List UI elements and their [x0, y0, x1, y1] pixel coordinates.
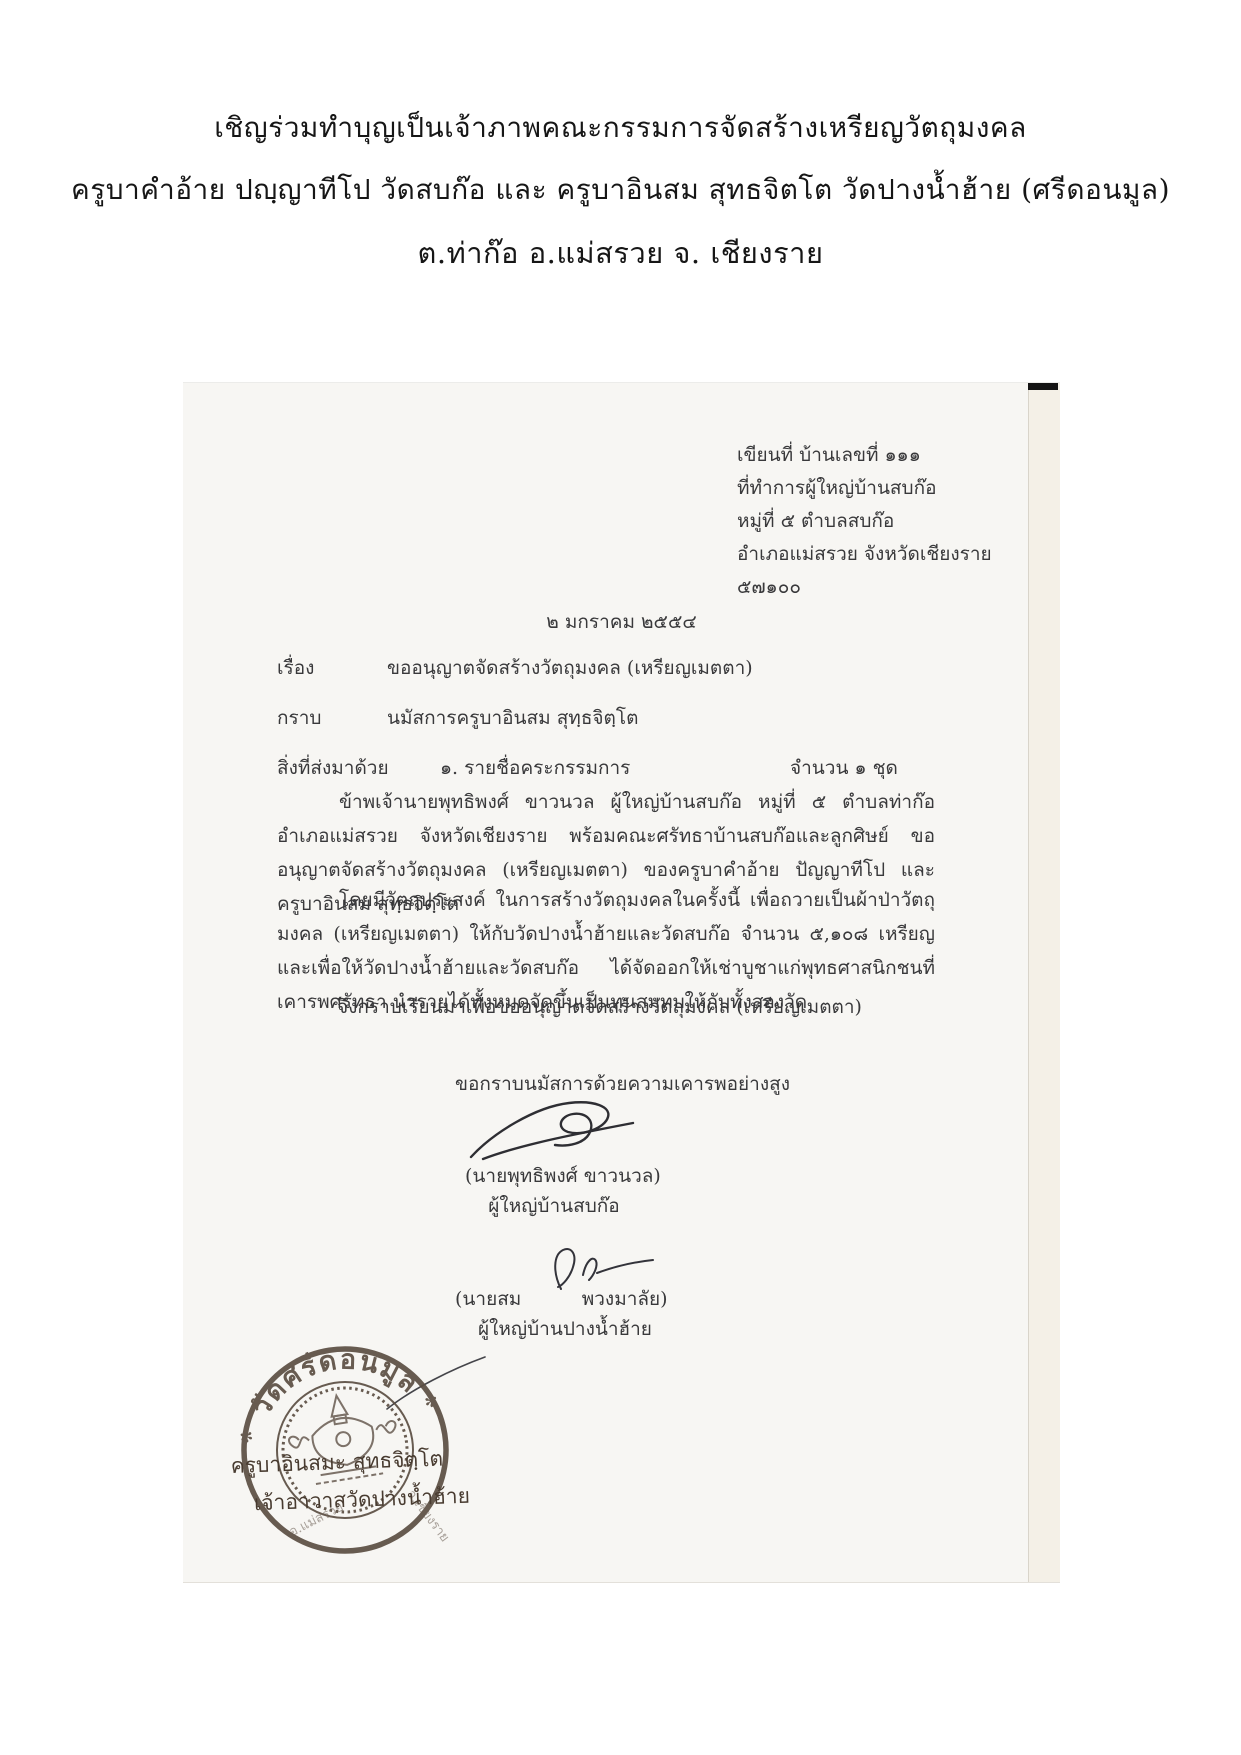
- scan-corner-mark: [1028, 383, 1058, 390]
- sender-address-block: เขียนที่ บ้านเลขที่ ๑๑๑ ที่ทำการผู้ใหญ่บ…: [737, 439, 992, 604]
- temple-seal-stamp: วัดศรีดอนมูล ✻ ✻ อ.แม่สรวย จ.เชียงราย คร…: [227, 1331, 493, 1575]
- subject-text: ขออนุญาตจัดสร้างวัตถุมงคล (เหรียญเมตตา): [387, 653, 753, 683]
- address-line: ที่ทำการผู้ใหญ่บ้านสบก๊อ: [737, 472, 992, 505]
- signer-1-title: ผู้ใหญ่บ้านสบก๊อ: [465, 1191, 643, 1221]
- signer-2-name: (นายสม พวงมาลัย): [455, 1284, 705, 1314]
- address-line: ๕๗๑๐๐: [737, 571, 992, 604]
- subject-label: เรื่อง: [277, 653, 314, 683]
- signer-2-title: ผู้ใหญ่บ้านปางน้ำฮ้าย: [478, 1314, 652, 1344]
- salutation-text: นมัสการครูบาอินสม สุทฺธจิตฺโต: [387, 703, 638, 733]
- attachment-count: จำนวน ๑ ชุด: [790, 753, 898, 783]
- header-location: ต.ท่าก๊อ อ.แม่สรวย จ. เชียงราย: [0, 230, 1241, 276]
- signature-1-handwriting: [465, 1095, 643, 1167]
- seal-star-left-icon: ✻: [238, 1426, 254, 1447]
- address-line: อำเภอแม่สรวย จังหวัดเชียงราย: [737, 538, 992, 571]
- header-title: เชิญร่วมทำบุญเป็นเจ้าภาพคณะกรรมการจัดสร้…: [0, 106, 1241, 150]
- scanned-document-page: เชิญร่วมทำบุญเป็นเจ้าภาพคณะกรรมการจัดสร้…: [0, 0, 1241, 1755]
- attachment-text: ๑. รายชื่อคระกรรมการ: [440, 753, 630, 783]
- paper-edge-band: [1028, 383, 1060, 1582]
- letter-date: ๒ มกราคม ๒๕๕๔: [183, 607, 1060, 637]
- signer-1-name: (นายพุทธิพงศ์ ขาวนวล): [465, 1161, 643, 1191]
- address-line: หมู่ที่ ๕ ตำบลสบก๊อ: [737, 505, 992, 538]
- salutation-label: กราบ: [277, 703, 321, 733]
- closing-request: จึงกราบเรียนมาเพื่อขออนุญาตจัดสร้างวัตถุ…: [337, 992, 862, 1022]
- address-line: เขียนที่ บ้านเลขที่ ๑๑๑: [737, 439, 992, 472]
- header-subtitle: ครูบาคำอ้าย ปญฺญาทีโป วัดสบก๊อ และ ครูบา…: [0, 168, 1241, 212]
- seal-abbot-name: ครูบาอินสมะ สุทธจิตฺโต: [230, 1447, 443, 1479]
- seal-star-right-icon: ✻: [423, 1391, 439, 1412]
- attachment-label: สิ่งที่ส่งมาด้วย: [277, 753, 389, 783]
- letter-paper: เขียนที่ บ้านเลขที่ ๑๑๑ ที่ทำการผู้ใหญ่บ…: [183, 382, 1060, 1583]
